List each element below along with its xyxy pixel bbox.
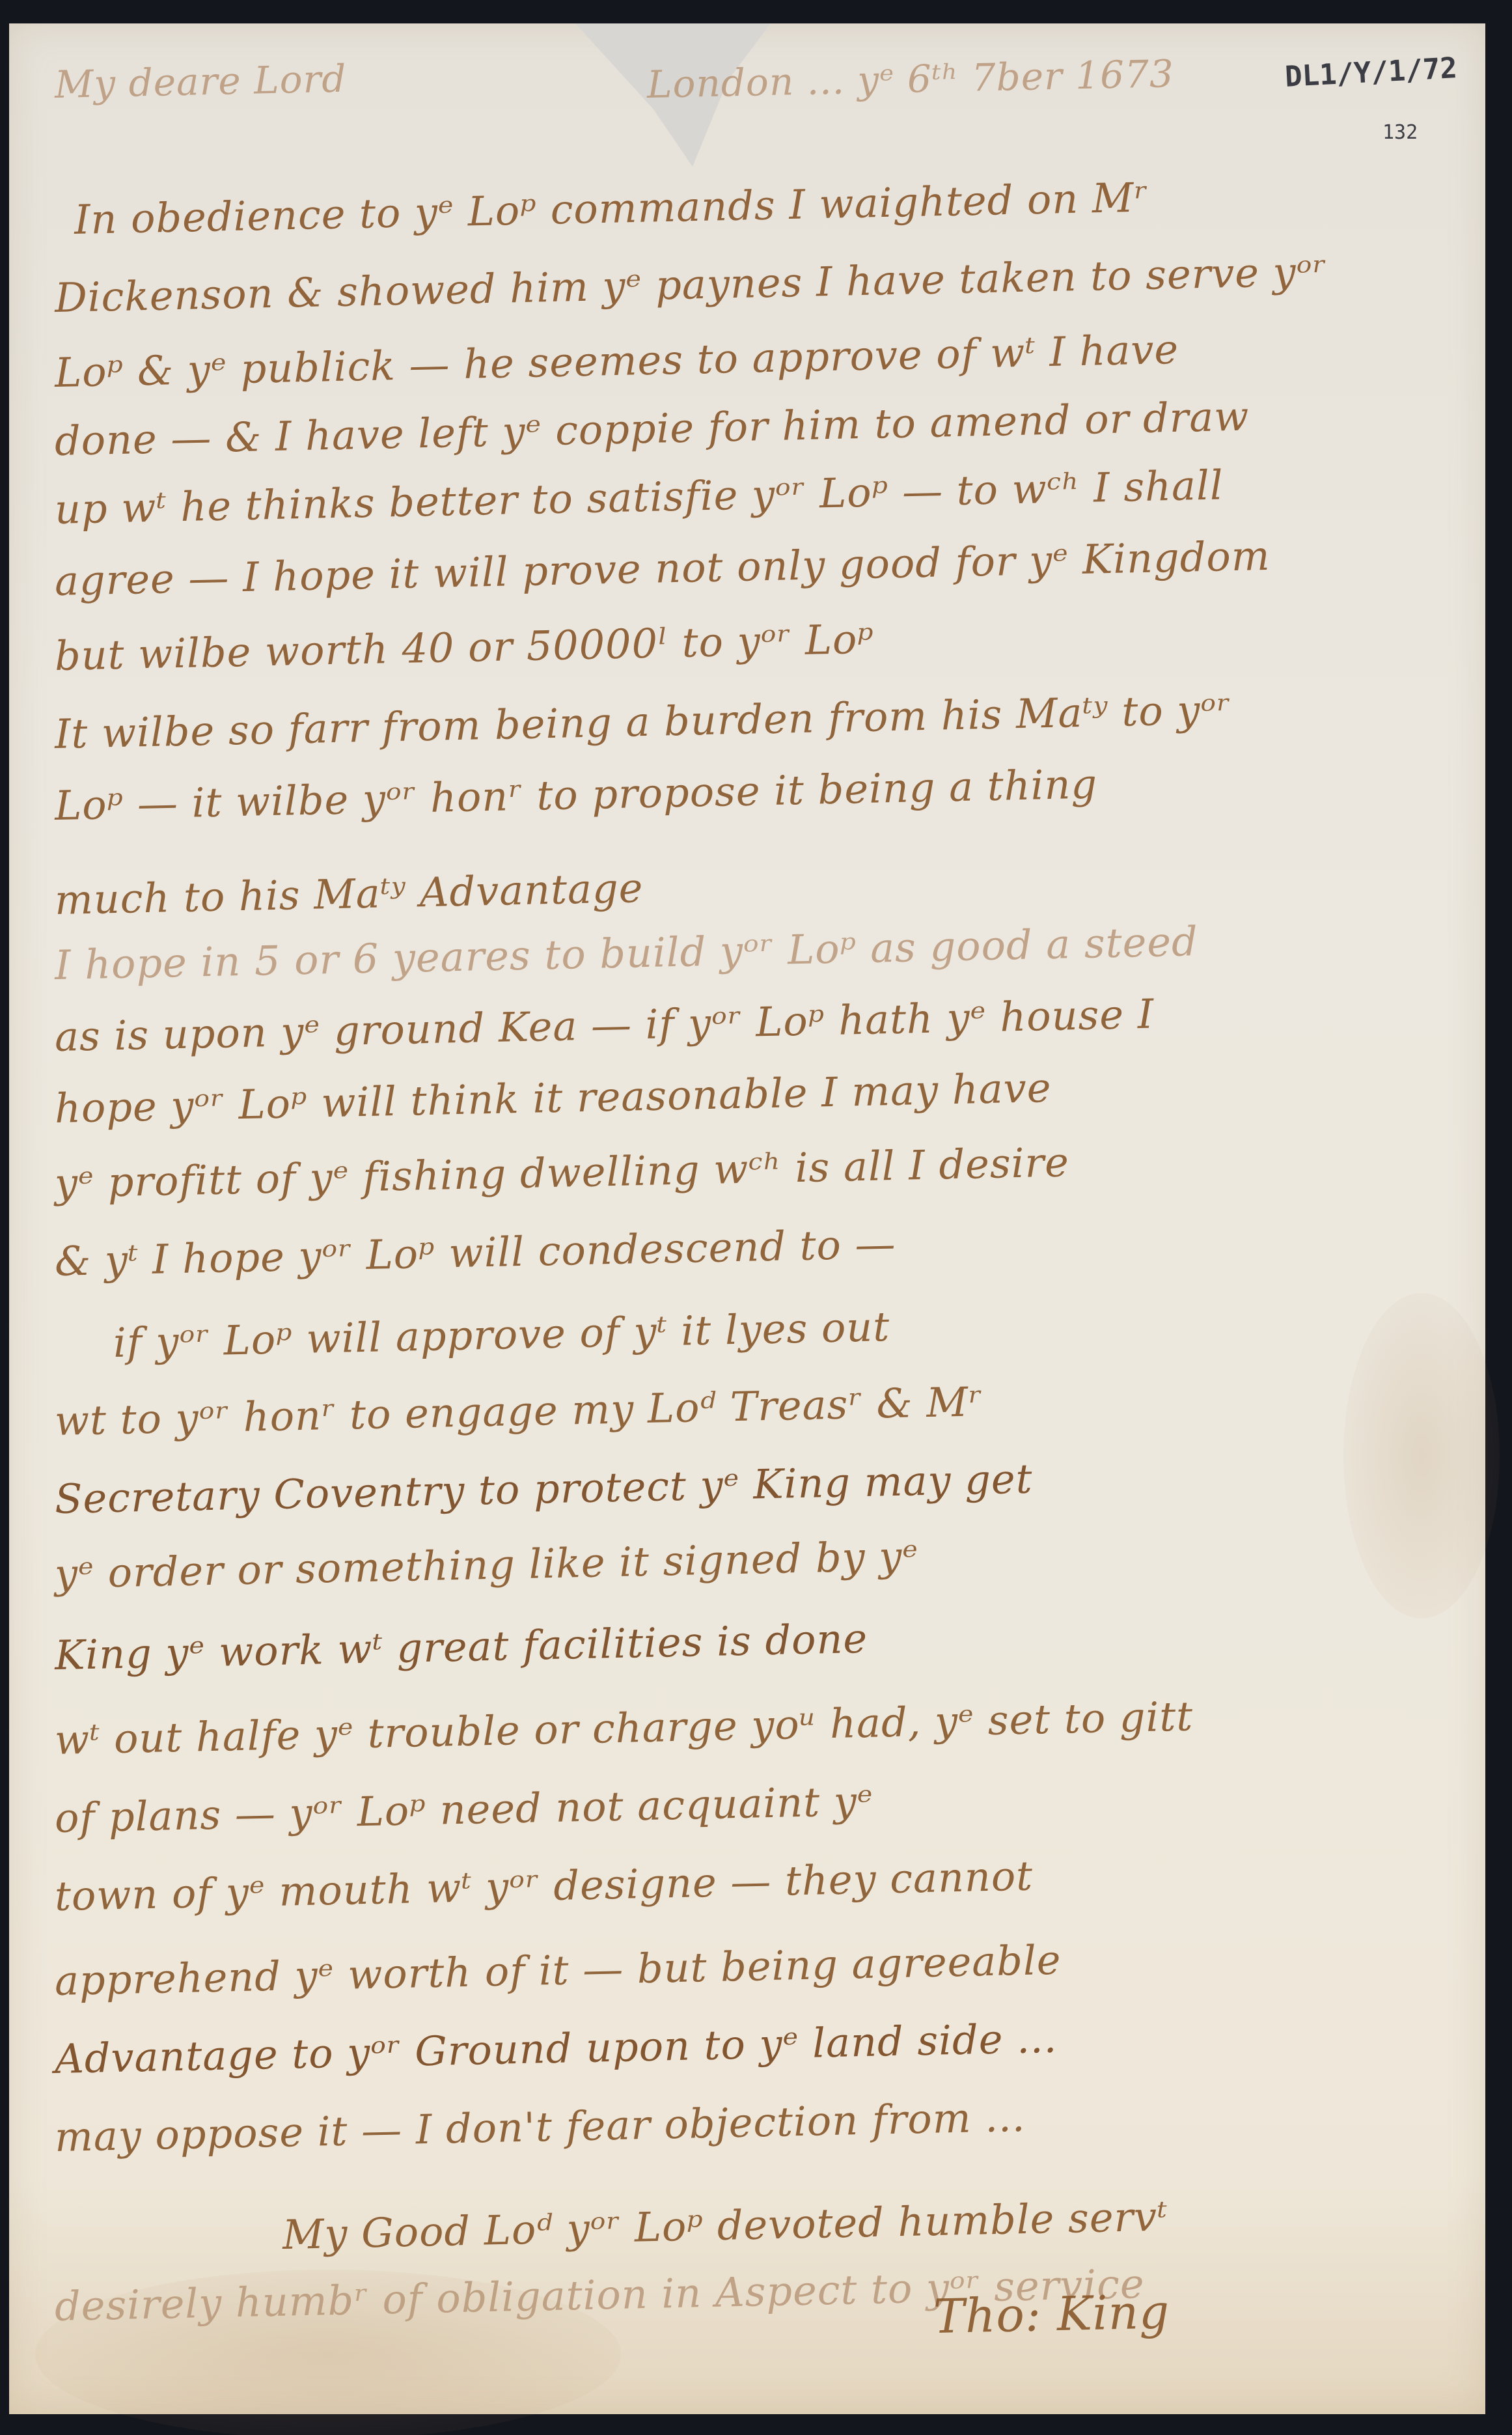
body-line: In obedience to yᵉ Loᵖ commands I waight… xyxy=(74,167,1446,244)
body-line: Advantage to yᵒʳ Ground upon to yᵉ land … xyxy=(54,2006,1446,2083)
body-line: I hope in 5 or 6 yeares to build yᵒʳ Loᵖ… xyxy=(54,912,1446,989)
body-line: done — & I have left yᵉ coppie for him t… xyxy=(54,388,1446,465)
body-line: Dickenson & showed him yᵉ paynes I have … xyxy=(54,245,1446,322)
body-line: King yᵉ work wᵗ great facilities is done xyxy=(54,1602,1446,1679)
folio-number: 132 xyxy=(1382,121,1418,144)
body-line: up wᵗ he thinks better to satisfie yᵒʳ L… xyxy=(54,456,1446,533)
body-line: It wilbe so farr from being a burden fro… xyxy=(54,681,1446,758)
manuscript-page: DL1/Y/1/72 132 My deare Lord London ... … xyxy=(9,23,1485,2414)
body-line: may oppose it — I don't fear objection f… xyxy=(54,2084,1446,2161)
body-line: & yᵗ I hope yᵒʳ Loᵖ will condescend to — xyxy=(54,1208,1446,1285)
body-line: of plans — yᵒʳ Loᵖ need not acquaint yᵉ xyxy=(54,1765,1446,1842)
body-line: yᵉ profitt of yᵉ fishing dwelling wᶜʰ is… xyxy=(54,1130,1446,1207)
body-line: wᵗ out halfe yᵉ trouble or charge yoᵘ ha… xyxy=(54,1687,1446,1764)
signature: Tho: King xyxy=(933,2279,1447,2344)
body-line: but wilbe worth 40 or 50000ˡ to yᵒʳ Loᵖ xyxy=(54,603,1446,680)
body-line: agree — I hope it will prove not only go… xyxy=(54,528,1446,605)
body-line: much to his Maᵗʸ Advantage xyxy=(54,847,1446,924)
body-line: Secretary Coventry to protect yᵉ King ma… xyxy=(54,1446,1446,1523)
closing-line: My Good Loᵈ yᵒʳ Loᵖ devoted humble servᵗ xyxy=(282,2187,1446,2259)
body-line: Loᵖ & yᵉ publick — he seemes to approve … xyxy=(54,320,1446,397)
body-line: yᵉ order or something like it signed by … xyxy=(54,1521,1446,1598)
body-line: Loᵖ — it wilbe yᵒʳ honʳ to propose it be… xyxy=(54,753,1446,829)
body-line: apprehend yᵉ worth of it — but being agr… xyxy=(54,1928,1446,2005)
body-line: hope yᵒʳ Loᵖ will think it reasonable I … xyxy=(54,1055,1446,1132)
body-line: town of yᵉ mouth wᵗ yᵒʳ designe — they c… xyxy=(54,1843,1446,1920)
body-line: wt to yᵒʳ honʳ to engage my Loᵈ Treasʳ &… xyxy=(54,1368,1446,1445)
body-line: if yᵒʳ Loᵖ will approve of yᵗ it lyes ou… xyxy=(113,1291,1446,1367)
body-line: as is upon yᵉ ground Kea — if yᵒʳ Loᵖ ha… xyxy=(54,984,1446,1061)
